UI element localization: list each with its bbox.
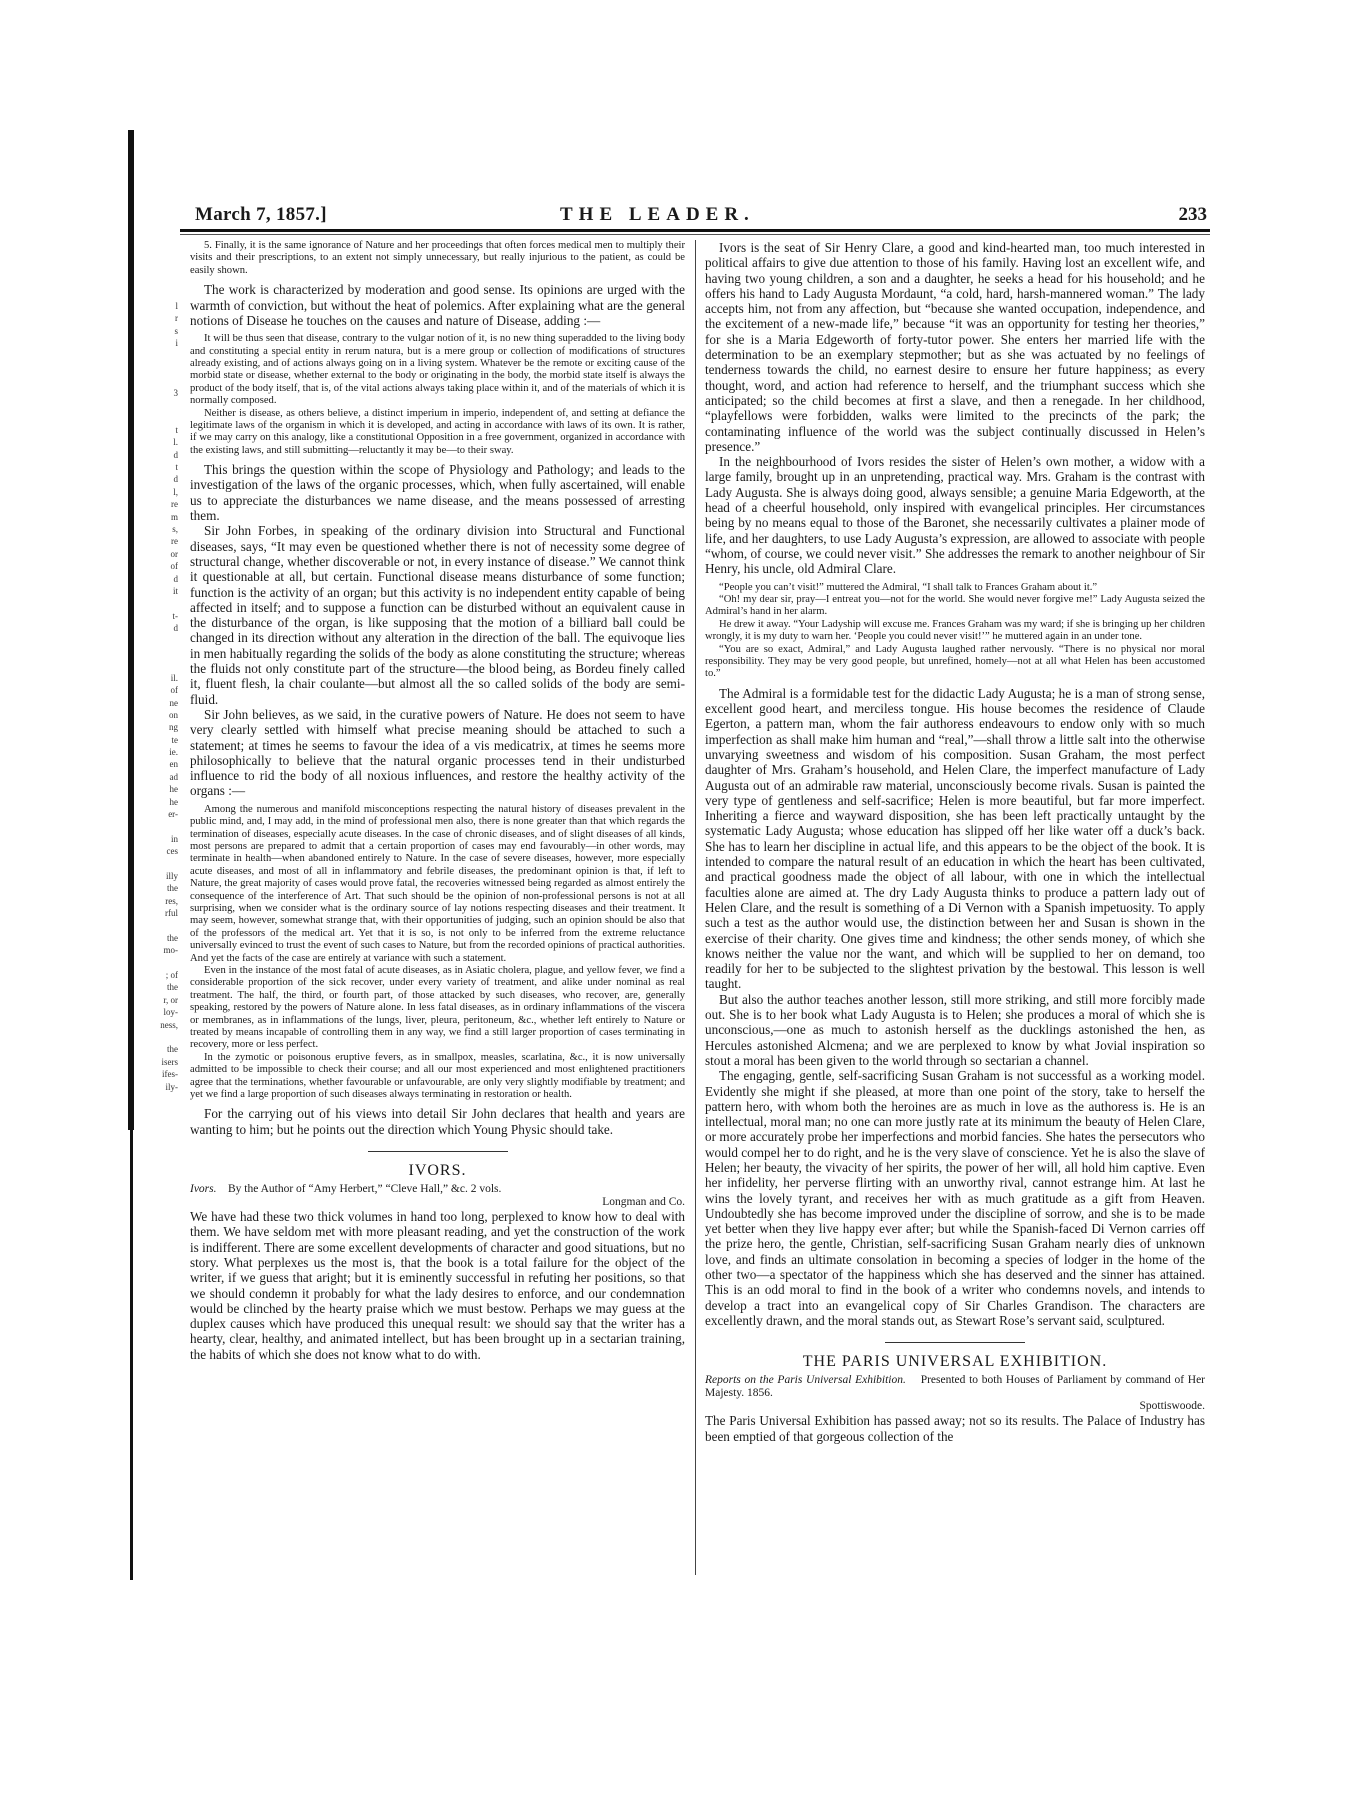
margin-fragment: ily- [138, 1081, 178, 1093]
forbes-review-continued: 5. Finally, it is the same ignorance of … [190, 240, 685, 1137]
margin-fragment: it [138, 585, 178, 597]
margin-fragment: ces [138, 845, 178, 857]
paragraph: Sir John believes, as we said, in the cu… [190, 707, 685, 799]
margin-fragment: the [138, 981, 178, 993]
margin-fragment: t [138, 424, 178, 436]
margin-fragment: rful [138, 907, 178, 919]
margin-fragment: he [138, 796, 178, 808]
margin-fragment: s, [138, 523, 178, 535]
margin-fragment: ie. [138, 746, 178, 758]
margin-fragment: i [138, 337, 178, 349]
paragraph: The work is characterized by moderation … [190, 282, 685, 328]
margin-fragment: m [138, 511, 178, 523]
margin-fragment: d [138, 622, 178, 634]
margin-fragment: d [138, 449, 178, 461]
paris-review-opening: The Paris Universal Exhibition has passe… [705, 1413, 1205, 1444]
margin-fragment [138, 647, 178, 659]
page-number: 233 [1179, 204, 1208, 226]
margin-fragment: res, [138, 895, 178, 907]
paragraph: Among the numerous and manifold misconce… [190, 804, 685, 965]
margin-fragment [138, 350, 178, 362]
margin-fragment: isers [138, 1056, 178, 1068]
margin-fragment: the [138, 882, 178, 894]
margin-fragment: en [138, 758, 178, 770]
margin-fragment [138, 920, 178, 932]
ivors-publisher: Longman and Co. [190, 1196, 685, 1209]
masthead-rule [180, 229, 1210, 232]
section-divider [368, 1151, 508, 1152]
paragraph: For the carrying out of his views into d… [190, 1106, 685, 1137]
margin-fragment: the [138, 1043, 178, 1055]
section-divider [885, 1342, 1025, 1343]
margin-fragment: r, or [138, 994, 178, 1006]
paragraph: This brings the question within the scop… [190, 462, 685, 523]
margin-fragment: 3 [138, 387, 178, 399]
margin-fragment: ifes- [138, 1068, 178, 1080]
ivors-author-info: By the Author of “Amy Herbert,” “Cleve H… [228, 1183, 501, 1195]
adjacent-page-bleed-fragments: lrsi3tl.dtdl,rems,reorofditt-dil.ofneonn… [138, 300, 178, 1093]
ivors-review-continued: Ivors is the seat of Sir Henry Clare, a … [705, 240, 1205, 1328]
margin-fragment: of [138, 684, 178, 696]
margin-fragment: ad [138, 771, 178, 783]
margin-fragment: ng [138, 721, 178, 733]
right-column: Ivors is the seat of Sir Henry Clare, a … [705, 240, 1205, 1444]
page-binding-edge [128, 130, 134, 1130]
margin-fragment [138, 1031, 178, 1043]
masthead-rule-thin [180, 234, 1210, 235]
ivors-bibliographic-line: Ivors. By the Author of “Amy Herbert,” “… [190, 1183, 685, 1196]
margin-fragment: re [138, 498, 178, 510]
margin-fragment: l. [138, 436, 178, 448]
margin-fragment: t- [138, 610, 178, 622]
paragraph: But also the author teaches another less… [705, 992, 1205, 1068]
margin-fragment: or [138, 548, 178, 560]
margin-fragment: re [138, 535, 178, 547]
margin-fragment: s [138, 325, 178, 337]
margin-fragment: of [138, 560, 178, 572]
ivors-review-opening: We have had these two thick volumes in h… [190, 1209, 685, 1362]
paris-exhibition-heading: THE PARIS UNIVERSAL EXHIBITION. [705, 1353, 1205, 1371]
margin-fragment: he [138, 783, 178, 795]
margin-fragment: mo- [138, 944, 178, 956]
margin-fragment: te [138, 734, 178, 746]
margin-fragment: t [138, 461, 178, 473]
paragraph: Sir John Forbes, in speaking of the ordi… [190, 523, 685, 707]
margin-fragment: l, [138, 486, 178, 498]
paragraph: The engaging, gentle, self-sacrificing S… [705, 1068, 1205, 1328]
margin-fragment [138, 597, 178, 609]
margin-fragment: ness, [138, 1019, 178, 1031]
margin-fragment: illy [138, 870, 178, 882]
margin-fragment [138, 858, 178, 870]
paragraph: “You are so exact, Admiral,” and Lady Au… [705, 644, 1205, 681]
margin-fragment [138, 659, 178, 671]
margin-fragment: the [138, 932, 178, 944]
margin-fragment: d [138, 473, 178, 485]
margin-fragment [138, 412, 178, 424]
issue-date: March 7, 1857.] [195, 204, 327, 226]
ivors-heading: IVORS. [190, 1162, 685, 1180]
margin-fragment: d [138, 573, 178, 585]
paragraph: Even in the instance of the most fatal o… [190, 965, 685, 1052]
column-divider [695, 240, 696, 1575]
margin-fragment: loy- [138, 1006, 178, 1018]
margin-fragment: il. [138, 672, 178, 684]
margin-fragment [138, 820, 178, 832]
paragraph: Ivors is the seat of Sir Henry Clare, a … [705, 240, 1205, 454]
paragraph: The Admiral is a formidable test for the… [705, 686, 1205, 992]
margin-fragment: in [138, 833, 178, 845]
margin-fragment [138, 399, 178, 411]
margin-fragment: ne [138, 697, 178, 709]
paragraph: 5. Finally, it is the same ignorance of … [190, 240, 685, 277]
paragraph: He drew it away. “Your Ladyship will exc… [705, 619, 1205, 644]
paragraph: In the zymotic or poisonous eruptive fev… [190, 1052, 685, 1102]
left-column: 5. Finally, it is the same ignorance of … [190, 240, 685, 1362]
masthead: March 7, 1857.] THE LEADER. 233 [195, 202, 1207, 228]
margin-fragment: r [138, 312, 178, 324]
margin-fragment: ; of [138, 969, 178, 981]
ivors-book-title: Ivors. [190, 1183, 217, 1195]
paragraph: It will be thus seen that disease, contr… [190, 333, 685, 407]
paragraph: Neither is disease, as others believe, a… [190, 408, 685, 458]
newspaper-title: THE LEADER. [560, 204, 755, 226]
margin-fragment: on [138, 709, 178, 721]
paris-report-title: Reports on the Paris Universal Exhibitio… [705, 1374, 906, 1386]
paris-bibliographic-line: Reports on the Paris Universal Exhibitio… [705, 1374, 1205, 1400]
paris-publisher: Spottiswoode. [705, 1400, 1205, 1413]
paragraph: In the neighbourhood of Ivors resides th… [705, 454, 1205, 576]
page-binding-edge-lower [130, 1130, 133, 1580]
paragraph: “Oh! my dear sir, pray—I entreat you—not… [705, 594, 1205, 619]
margin-fragment [138, 362, 178, 374]
margin-fragment [138, 374, 178, 386]
margin-fragment [138, 635, 178, 647]
margin-fragment: er- [138, 808, 178, 820]
margin-fragment: l [138, 300, 178, 312]
margin-fragment [138, 957, 178, 969]
paragraph: “People you can’t visit!” muttered the A… [705, 582, 1205, 594]
